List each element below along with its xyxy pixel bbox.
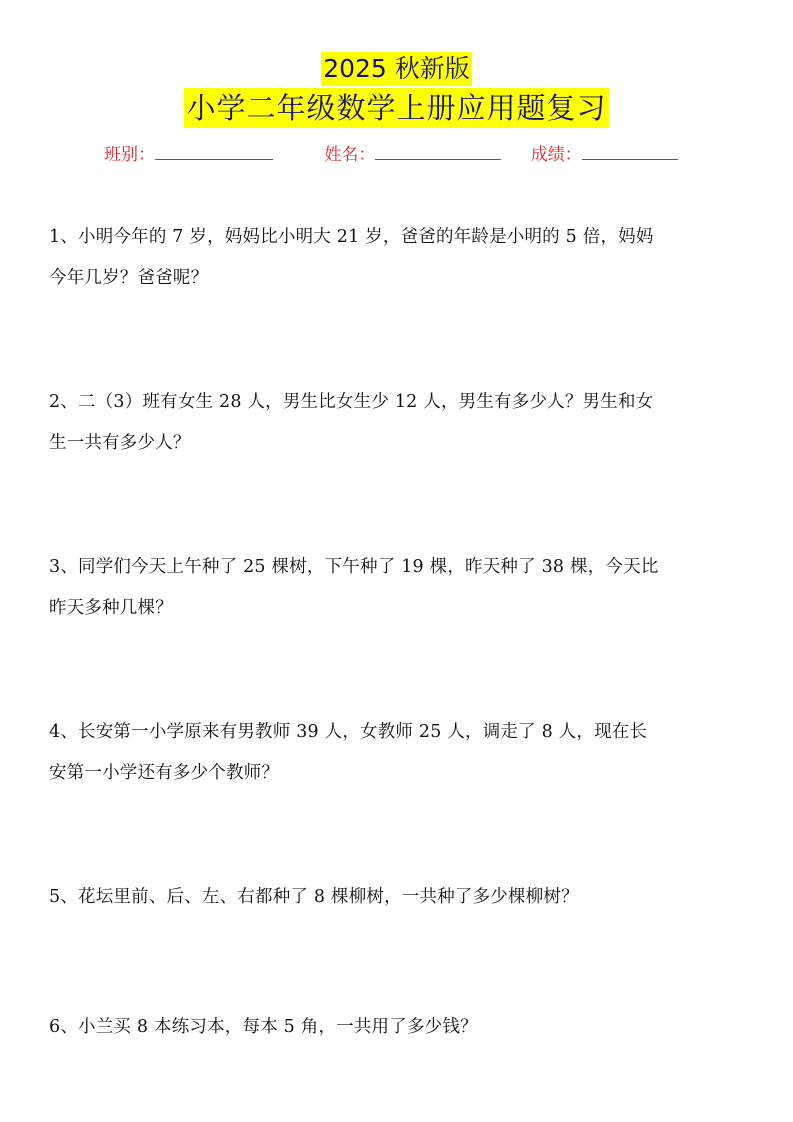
question-4: 4、长安第一小学原来有男教师 39 人，女教师 25 人，调走了 8 人，现在长… bbox=[49, 712, 749, 794]
question-line: 安第一小学还有多少个教师？ bbox=[49, 753, 749, 794]
title-line-1-wrap: 2025 秋新版 bbox=[0, 52, 793, 86]
question-5: 5、花坛里前、后、左、右都种了 8 棵柳树，一共种了多少棵柳树？ bbox=[49, 877, 749, 918]
question-line: 6、小兰买 8 本练习本，每本 5 角，一共用了多少钱？ bbox=[49, 1007, 749, 1048]
name-blank[interactable] bbox=[375, 141, 501, 160]
question-2: 2、二（3）班有女生 28 人，男生比女生少 12 人，男生有多少人？男生和女 … bbox=[49, 382, 749, 464]
class-field: 班别： bbox=[104, 141, 273, 168]
score-blank[interactable] bbox=[582, 141, 678, 160]
question-line: 1、小明今年的 7 岁，妈妈比小明大 21 岁，爸爸的年龄是小明的 5 倍，妈妈 bbox=[49, 217, 749, 258]
question-line: 生一共有多少人？ bbox=[49, 423, 749, 464]
question-line: 4、长安第一小学原来有男教师 39 人，女教师 25 人，调走了 8 人，现在长 bbox=[49, 712, 749, 753]
class-blank[interactable] bbox=[155, 141, 273, 160]
question-line: 昨天多种几棵？ bbox=[49, 588, 749, 629]
title-edition: 2025 秋新版 bbox=[321, 52, 472, 86]
question-line: 5、花坛里前、后、左、右都种了 8 棵柳树，一共种了多少棵柳树？ bbox=[49, 877, 749, 918]
question-3: 3、同学们今天上午种了 25 棵树，下午种了 19 棵，昨天种了 38 棵，今天… bbox=[49, 547, 749, 629]
page-title: 小学二年级数学上册应用题复习 bbox=[184, 88, 608, 128]
question-line: 3、同学们今天上午种了 25 棵树，下午种了 19 棵，昨天种了 38 棵，今天… bbox=[49, 547, 749, 588]
question-line: 今年几岁？爸爸呢？ bbox=[49, 258, 749, 299]
question-1: 1、小明今年的 7 岁，妈妈比小明大 21 岁，爸爸的年龄是小明的 5 倍，妈妈… bbox=[49, 217, 749, 299]
score-field: 成绩： bbox=[531, 141, 678, 168]
student-info-row: 班别： 姓名： 成绩： bbox=[104, 141, 704, 168]
title-line-2-wrap: 小学二年级数学上册应用题复习 bbox=[0, 88, 793, 128]
score-label: 成绩： bbox=[531, 145, 582, 165]
name-label: 姓名： bbox=[324, 145, 375, 165]
class-label: 班别： bbox=[104, 145, 155, 165]
name-field: 姓名： bbox=[324, 141, 501, 168]
question-line: 2、二（3）班有女生 28 人，男生比女生少 12 人，男生有多少人？男生和女 bbox=[49, 382, 749, 423]
question-6: 6、小兰买 8 本练习本，每本 5 角，一共用了多少钱？ bbox=[49, 1007, 749, 1048]
